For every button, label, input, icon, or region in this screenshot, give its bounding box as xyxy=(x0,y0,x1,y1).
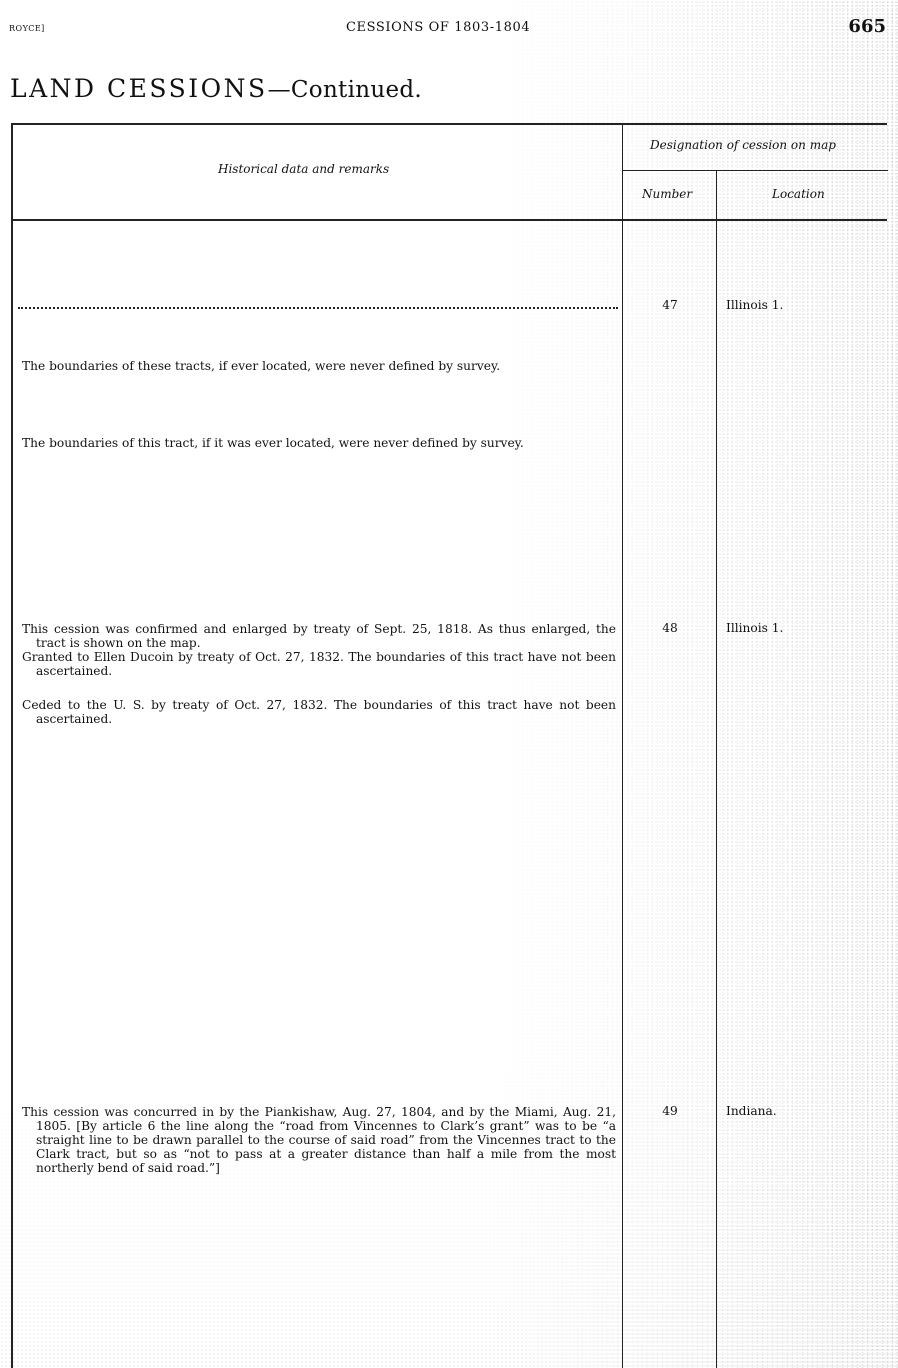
remark-paragraph: The boundaries of these tracts, if ever … xyxy=(22,359,616,373)
table-row-remarks: Ceded to the U. S. by treaty of Oct. 27,… xyxy=(22,698,616,726)
cession-number: 48 xyxy=(640,621,700,635)
author-running-head: ROYCE] xyxy=(9,24,45,33)
header-location: Location xyxy=(772,187,825,201)
section-title-main: LAND CESSIONS xyxy=(10,74,268,103)
designation-header-rule xyxy=(622,170,888,171)
running-head: ROYCE] CESSIONS OF 1803-1804 665 xyxy=(0,18,898,42)
header-remarks: Historical data and remarks xyxy=(218,162,389,176)
scan-texture-bottom xyxy=(0,1048,898,1368)
cession-location: Illinois 1. xyxy=(726,621,783,635)
chapter-running-head: CESSIONS OF 1803-1804 xyxy=(346,20,530,35)
header-designation: Designation of cession on map xyxy=(650,138,836,152)
table-row-remarks: The boundaries of this tract, if it was … xyxy=(22,436,616,450)
table-top-rule xyxy=(11,123,887,125)
remark-paragraph: This cession was confirmed and enlarged … xyxy=(22,622,616,650)
page-number: 665 xyxy=(848,16,886,37)
remark-paragraph: This cession was concurred in by the Pia… xyxy=(22,1105,616,1175)
remark-paragraph: Granted to Ellen Ducoin by treaty of Oct… xyxy=(22,650,616,678)
number-column-divider xyxy=(716,170,717,1368)
dotted-leader xyxy=(18,307,618,309)
table-row-remarks: The boundaries of these tracts, if ever … xyxy=(22,359,616,373)
table-left-border xyxy=(11,123,13,1368)
table-row-remarks: This cession was concurred in by the Pia… xyxy=(22,1105,616,1175)
section-title: LAND CESSIONS—Continued. xyxy=(10,74,422,103)
cession-location: Illinois 1. xyxy=(726,298,783,312)
section-title-suffix: —Continued. xyxy=(268,77,422,103)
header-number: Number xyxy=(642,187,692,201)
cession-number: 47 xyxy=(640,298,700,312)
remark-paragraph: The boundaries of this tract, if it was … xyxy=(22,436,616,450)
cession-location: Indiana. xyxy=(726,1104,777,1118)
remarks-column-divider xyxy=(622,123,623,1368)
table-row-remarks: This cession was confirmed and enlarged … xyxy=(22,622,616,678)
table-header-rule xyxy=(11,219,887,221)
remark-paragraph: Ceded to the U. S. by treaty of Oct. 27,… xyxy=(22,698,616,726)
cession-number: 49 xyxy=(640,1104,700,1118)
